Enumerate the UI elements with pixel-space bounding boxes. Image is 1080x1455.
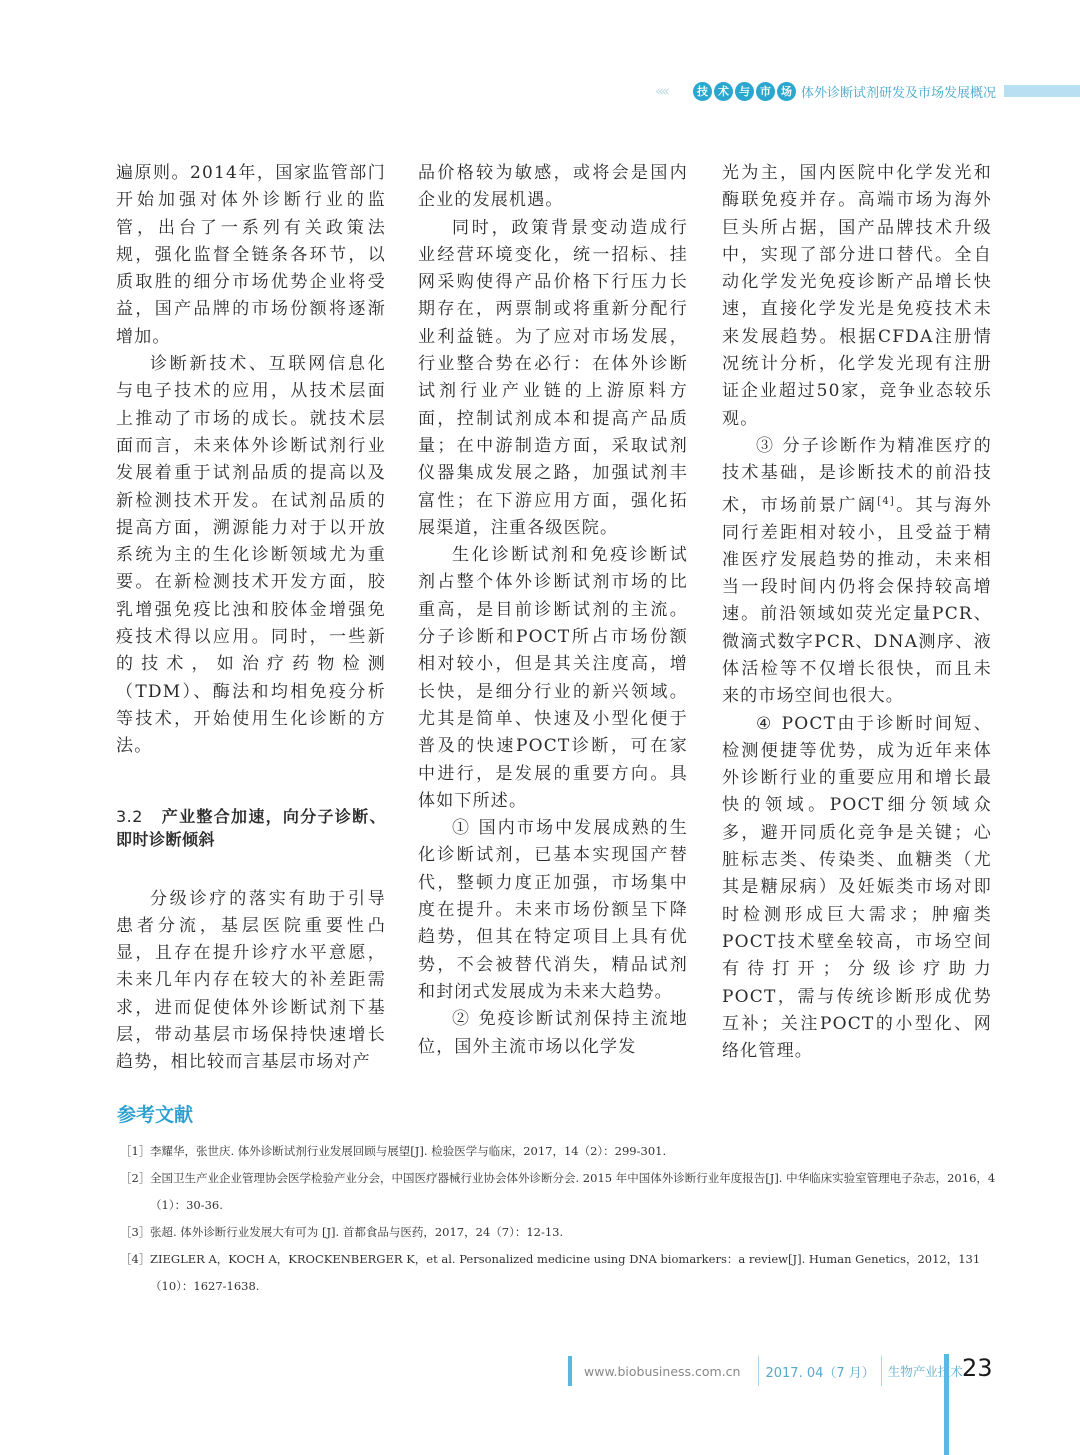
website-url[interactable]: www.biobusiness.com.cn: [584, 1364, 740, 1379]
divider: [881, 1356, 882, 1386]
header-decor-bar: [1004, 85, 1080, 97]
section-char: 市: [756, 82, 775, 101]
citation-link[interactable]: [4]: [877, 496, 895, 507]
page-footer: www.biobusiness.com.cn 2017. 04（7 月） 生物产…: [568, 1356, 963, 1386]
page-number: 23: [962, 1354, 993, 1382]
references-title: 参考文献: [117, 1100, 193, 1127]
section-title: 产业整合加速，向分子诊断、即时诊断倾斜: [116, 807, 386, 849]
issue-date: 2017. 04（7 月）: [765, 1362, 874, 1381]
paragraph: ① 国内市场中发展成熟的生化诊断试剂，已基本实现国产替代，整顿力度正加强，市场集…: [418, 815, 688, 1006]
paragraph: ③ 分子诊断作为精准医疗的技术基础，是诊断技术的前沿技术，市场前景广阔[4]。其…: [722, 433, 992, 711]
section-char: 与: [735, 82, 754, 101]
divider: [758, 1356, 759, 1386]
paragraph: 诊断新技术、互联网信息化与电子技术的应用，从技术层面上推动了市场的成长。就技术层…: [116, 351, 386, 760]
paragraph: ④ POCT由于诊断时间短、检测便捷等优势，成为近年来体外诊断行业的重要应用和增…: [722, 711, 992, 1066]
paragraph: ② 免疫诊断试剂保持主流地位，国外主流市场以化学发: [418, 1006, 688, 1061]
section-char: 技: [693, 82, 712, 101]
section-heading: 3.2产业整合加速，向分子诊断、即时诊断倾斜: [116, 805, 386, 851]
magazine-name: 生物产业技术: [888, 1362, 963, 1380]
paragraph: 同时，政策背景变动造成行业经营环境变化，统一招标、挂网采购使得产品价格下行压力长…: [418, 215, 688, 543]
reference-item: ［3］ 张超. 体外诊断行业发展大有可为 [J]. 首都食品与医药，2017，2…: [120, 1219, 1000, 1246]
column-1: 遍原则。2014年，国家监管部门开始加强对体外诊断行业的监管，出台了一系列有关政…: [116, 160, 386, 1077]
reference-item: ［1］ 李耀华，张世庆. 体外诊断试剂行业发展回顾与展望[J]. 检验医学与临床…: [120, 1138, 1000, 1165]
chevrons-icon: ‹‹‹‹: [655, 82, 693, 100]
page-number-bar: [944, 1354, 949, 1455]
section-char: 术: [714, 82, 733, 101]
section-badge: 技 术 与 市 场: [693, 82, 796, 101]
paragraph: 光为主，国内医院中化学发光和酶联免疫并存。高端市场为海外巨头所占据，国产品牌技术…: [722, 160, 992, 433]
column-2: 品价格较为敏感，或将会是国内企业的发展机遇。 同时，政策背景变动造成行业经营环境…: [418, 160, 688, 1061]
reference-item: ［4］ ZIEGLER A，KOCH A，KROCKENBERGER K，et …: [120, 1246, 1000, 1300]
reference-item: ［2］ 全国卫生产业企业管理协会医学检验产业分会，中国医疗器械行业协会体外诊断分…: [120, 1165, 1000, 1219]
paragraph: 品价格较为敏感，或将会是国内企业的发展机遇。: [418, 160, 688, 215]
running-header: ‹‹‹‹ 技 术 与 市 场 体外诊断试剂研发及市场发展概况: [655, 80, 1080, 102]
section-char: 场: [777, 82, 796, 101]
column-3: 光为主，国内医院中化学发光和酶联免疫并存。高端市场为海外巨头所占据，国产品牌技术…: [722, 160, 992, 1065]
references-list: ［1］ 李耀华，张世庆. 体外诊断试剂行业发展回顾与展望[J]. 检验医学与临床…: [120, 1138, 1000, 1300]
section-number: 3.2: [116, 807, 143, 826]
footer-decor-bar: [568, 1356, 572, 1386]
paragraph: 遍原则。2014年，国家监管部门开始加强对体外诊断行业的监管，出台了一系列有关政…: [116, 160, 386, 351]
paragraph: 生化诊断试剂和免疫诊断试剂占整个体外诊断试剂市场的比重高，是目前诊断试剂的主流。…: [418, 542, 688, 815]
article-title: 体外诊断试剂研发及市场发展概况: [801, 82, 996, 101]
paragraph: 分级诊疗的落实有助于引导患者分流，基层医院重要性凸显，且存在提升诊疗水平意愿，未…: [116, 886, 386, 1077]
